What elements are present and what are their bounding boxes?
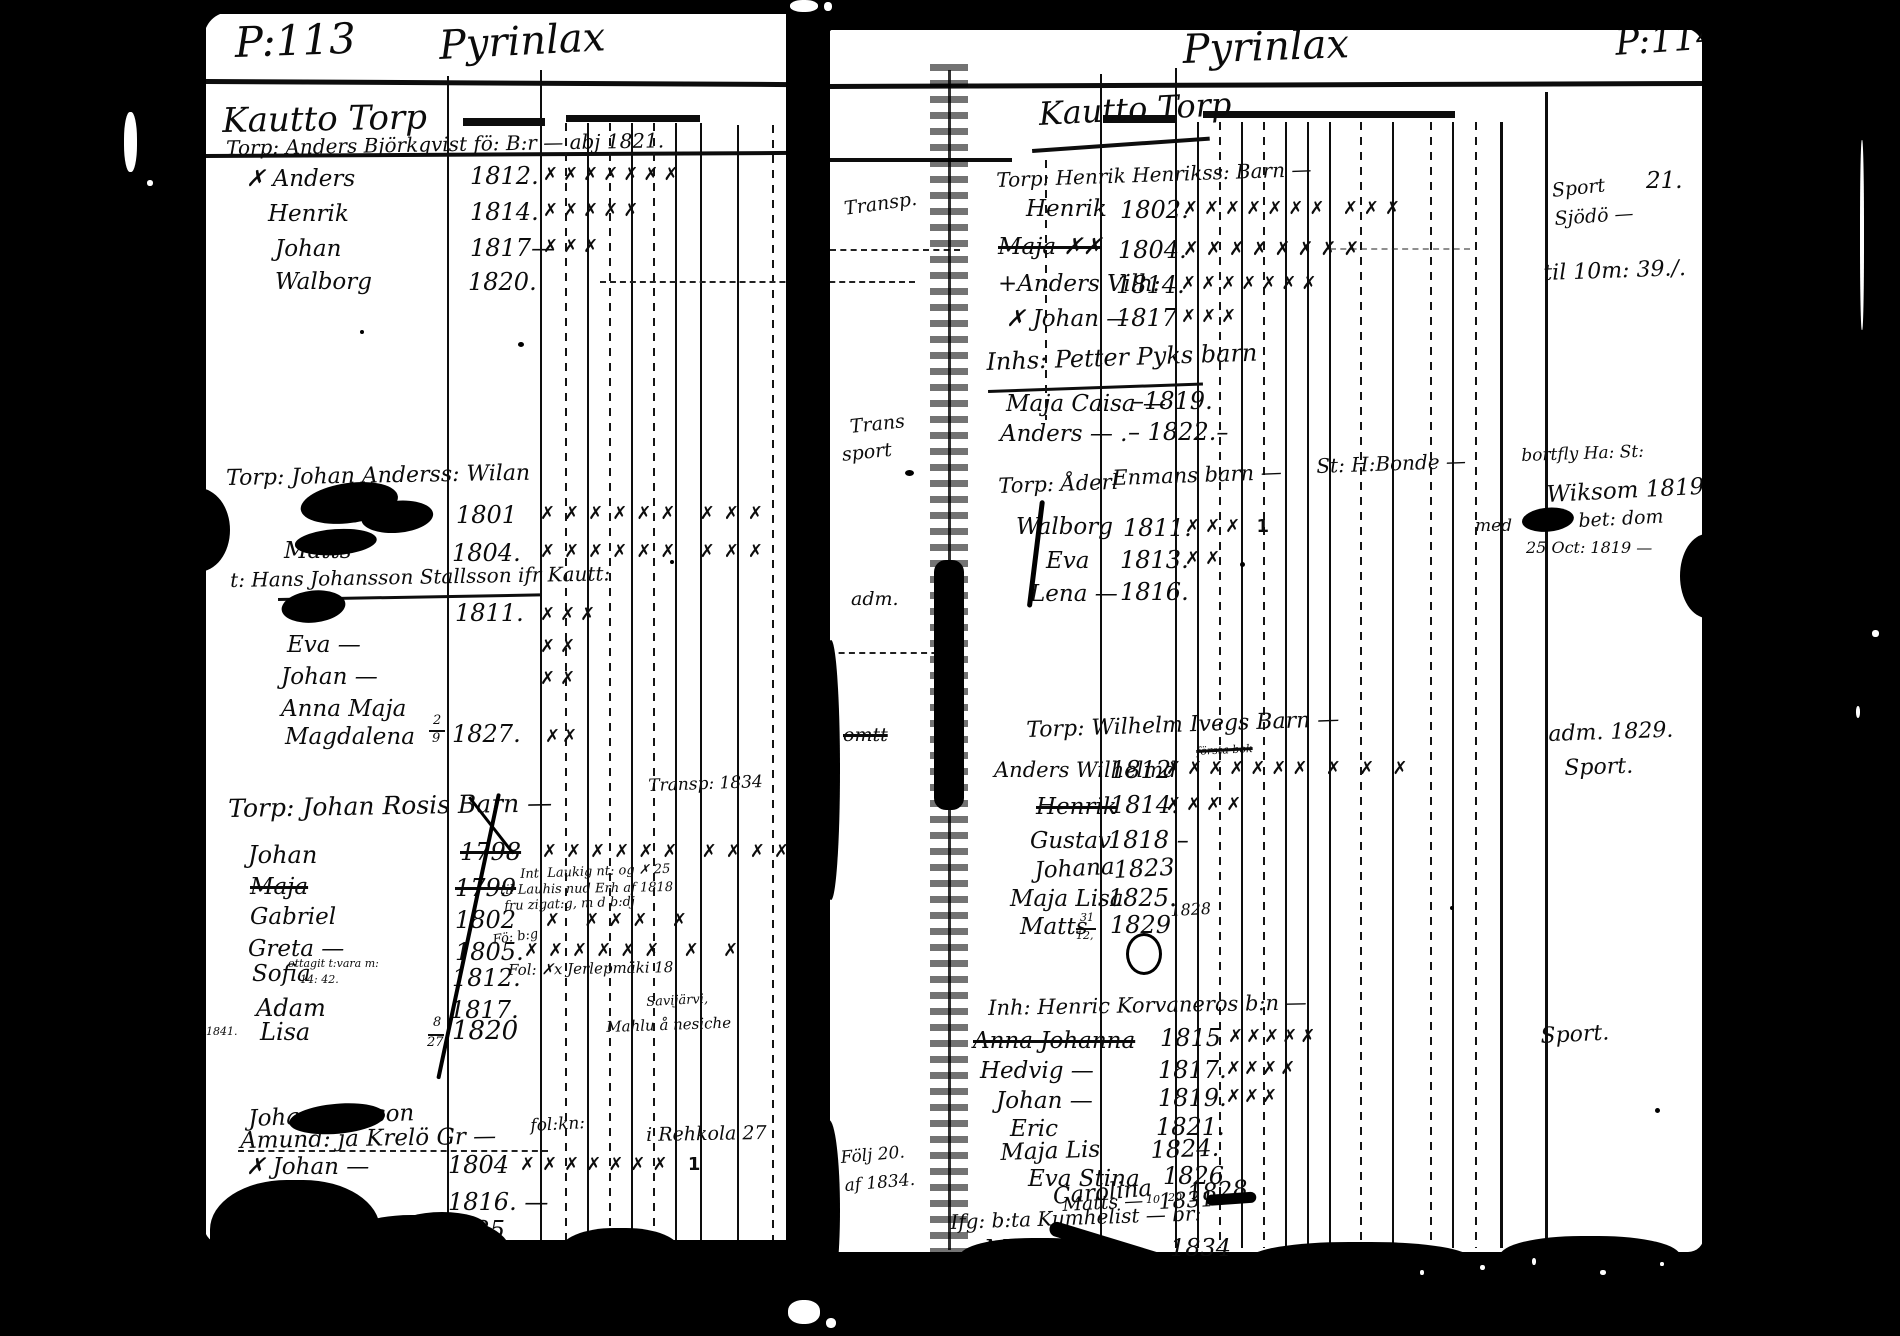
birth-year: 1824. xyxy=(1150,1136,1220,1162)
birth-year: 1802. xyxy=(1120,198,1189,222)
birth-year: 1804. xyxy=(1118,238,1187,262)
person-name: Maja ✗✗ xyxy=(998,236,1102,259)
title-rule xyxy=(830,158,1012,162)
person-name: Hedvig — xyxy=(980,1060,1094,1083)
date-fraction-bottom: 9 xyxy=(432,732,440,745)
birth-year: 1819. xyxy=(1158,1086,1227,1110)
margin-note: Sjödö — xyxy=(1554,204,1634,228)
film-notch xyxy=(166,488,230,572)
household-title-place: i Rehkola 27 xyxy=(646,1124,767,1145)
birth-year: 1811. xyxy=(1123,516,1192,540)
person-name: Anna Maja xyxy=(281,698,406,721)
birth-year: 1815 xyxy=(1160,1026,1221,1050)
person-name: Henrik xyxy=(268,203,349,226)
person-name: Eva — xyxy=(287,634,361,657)
person-name: Johan — xyxy=(281,666,378,689)
bracket-bar xyxy=(566,115,700,122)
date-fraction-top: 31 xyxy=(1080,912,1094,923)
grid-line-v xyxy=(1452,122,1454,1248)
film-edge-right xyxy=(1702,0,1900,1336)
communion-marks: ✗✗✗ xyxy=(1226,1088,1280,1106)
communion-marks: ✗✗ xyxy=(1185,550,1225,568)
film-blotch xyxy=(560,1228,680,1278)
birth-year: 1802 xyxy=(455,908,516,932)
interline-note: första bok xyxy=(1196,743,1253,757)
left-page xyxy=(204,12,792,1244)
communion-marks: ✗✗✗✗ xyxy=(1226,1060,1298,1078)
birth-year: 1814. xyxy=(1116,273,1185,297)
film-blotch xyxy=(960,1238,1120,1278)
grid-line-v xyxy=(587,123,589,1240)
birth-year: 1804 xyxy=(448,1153,509,1177)
person-name: Maja xyxy=(250,876,308,899)
film-mark xyxy=(788,1300,820,1324)
page-number: P:113 xyxy=(234,18,356,64)
person-name: Anna Johanna xyxy=(973,1030,1135,1053)
correction-year: 1828 xyxy=(1170,901,1212,919)
grid-line-v xyxy=(653,123,655,1240)
person-name: Lisa xyxy=(260,1020,310,1044)
person-name: Eva xyxy=(1046,550,1090,573)
communion-marks: ✗✗✗ 1 xyxy=(1185,518,1274,536)
person-name: ✗ Anders xyxy=(246,168,355,191)
communion-marks: ✗✗✗✗✗✗ ✗✗✗ xyxy=(540,505,772,523)
grid-line-v xyxy=(447,76,449,1240)
date-fraction-bottom: 27 xyxy=(427,1036,444,1049)
household-title: Kautto Torp xyxy=(1038,88,1232,130)
margin-note: adm. xyxy=(851,590,899,609)
date-fraction-top: 8 xyxy=(433,1016,441,1029)
communion-marks: ✗✗✗✗✗✗✗ xyxy=(543,166,684,184)
person-name: Gustav xyxy=(1030,830,1111,853)
communion-marks: ✗✗✗ xyxy=(1181,308,1241,326)
ink-speck xyxy=(1240,562,1245,567)
removal-note: Savijärvi, xyxy=(646,993,708,1009)
margin-year: 1841. xyxy=(206,1026,238,1037)
person-name: Magdalena xyxy=(285,726,415,749)
communion-marks: ✗✗✗✗ xyxy=(1166,796,1246,814)
communion-marks: ✗✗✗✗✗✗✗ ✗ ✗ ✗ xyxy=(1166,760,1414,778)
person-name: Sofia xyxy=(252,963,311,986)
birth-year: 1814. xyxy=(470,200,539,224)
film-mark xyxy=(1856,706,1860,718)
margin-note: til 10m: 39./. xyxy=(1543,258,1686,285)
gutter-streak xyxy=(948,70,951,1250)
person-name: Gabriel xyxy=(250,906,336,929)
margin-note: 25 Oct: 1819 — xyxy=(1526,540,1652,556)
film-mark xyxy=(1420,1270,1424,1275)
birth-year: 1813. xyxy=(1120,548,1189,572)
communion-marks: ✗✗✗✗✗ xyxy=(543,202,643,220)
grid-line-v xyxy=(772,125,774,1240)
film-mark xyxy=(790,0,818,12)
communion-marks: ✗ ✗✗✗ ✗ xyxy=(545,912,696,930)
ink-speck xyxy=(670,560,674,564)
person-name: Lena — xyxy=(1030,583,1118,606)
film-mark xyxy=(147,180,153,186)
film-mark xyxy=(1600,1270,1606,1275)
communion-marks: ✗✗✗ xyxy=(543,238,603,256)
grid-line-v xyxy=(1475,122,1477,1248)
film-mark xyxy=(1660,1262,1664,1266)
birth-year: 1812 xyxy=(1110,758,1171,782)
communion-marks: ✗✗ xyxy=(545,728,579,746)
household-title-note: fol:kn: xyxy=(530,1115,585,1135)
margin-note: Transp: 1834 xyxy=(648,774,763,795)
removal-note: Mahlu å nesiche xyxy=(606,1016,731,1035)
bracket-bar xyxy=(1203,111,1455,118)
place-name: Pyrinlax xyxy=(1182,24,1350,70)
film-mark xyxy=(1872,630,1879,637)
birth-year: 1812. xyxy=(470,164,539,188)
margin-note: 21. xyxy=(1646,170,1683,193)
household-title: St: H:Bonde — xyxy=(1316,451,1466,476)
film-blotch xyxy=(1500,1236,1680,1280)
gutter-shadow xyxy=(818,1120,840,1300)
grid-line-v xyxy=(675,123,677,1240)
film-mark xyxy=(124,112,137,172)
person-name: Adam xyxy=(256,996,326,1020)
margin-note: adm. 1829. xyxy=(1548,720,1674,746)
faint-rule xyxy=(600,281,915,283)
person-name: Johana xyxy=(1034,856,1115,883)
ink-speck xyxy=(360,330,364,334)
person-name: Walborg xyxy=(275,271,372,294)
birth-year: 1818 – xyxy=(1108,828,1189,852)
person-name: Johan xyxy=(275,238,341,261)
removal-note: til Lauhis nud Erh af 1818 xyxy=(500,881,673,897)
person-name: Johan xyxy=(248,843,317,867)
film-blotch xyxy=(1250,1242,1470,1278)
bracket-bar xyxy=(463,118,545,126)
birth-year: 1817. xyxy=(1158,1058,1227,1082)
birth-year: 1816. — xyxy=(448,1190,548,1214)
grid-line-v xyxy=(1329,122,1331,1248)
communion-marks: ✗✗✗✗✗ xyxy=(1228,1028,1318,1046)
household-title: Enmans barn — xyxy=(1112,462,1282,489)
birth-year: 1811. xyxy=(455,601,524,625)
grid-line-v xyxy=(1430,122,1432,1248)
margin-note: med xyxy=(1475,518,1512,535)
household-title: Amund: ja Krelö Gr — xyxy=(240,1126,496,1153)
person-name: Walborg xyxy=(1016,516,1113,539)
film-mark xyxy=(824,2,832,11)
person-name: Maja Lisa xyxy=(1010,888,1124,911)
birth-year: 1827. xyxy=(452,722,521,746)
ink-speck xyxy=(1450,906,1454,910)
grid-line-v xyxy=(631,123,633,1240)
grid-line-v xyxy=(737,125,739,1240)
margin-note: omtt xyxy=(843,726,888,745)
communion-marks: ✗✗ xyxy=(540,670,580,688)
grid-line-v xyxy=(1500,122,1503,1248)
margin-note: sport xyxy=(841,441,893,465)
place-name: Pyrinlax xyxy=(438,17,606,66)
margin-note: bortfly Ha: St: xyxy=(1521,444,1644,465)
birth-year: – 1822.– xyxy=(1128,420,1228,444)
person-name: Henrik xyxy=(1036,796,1117,819)
birth-year: 1816. xyxy=(1120,580,1189,604)
film-mark xyxy=(1480,1265,1485,1270)
birth-year: 1804. xyxy=(452,541,521,565)
person-name: Maja Lis xyxy=(1000,1139,1101,1165)
household-title: Torp: Åderl xyxy=(998,472,1119,497)
person-name: ✗ Johan — xyxy=(1006,308,1129,331)
film-notch xyxy=(1680,534,1734,618)
communion-marks: ✗✗✗✗✗✗✗ xyxy=(1181,275,1322,293)
film-mark xyxy=(1860,140,1864,330)
birth-year: 1820. xyxy=(468,270,537,294)
person-name: Anders — . xyxy=(1000,423,1128,446)
ink-speck xyxy=(518,342,524,347)
grid-line-v xyxy=(609,123,611,1240)
film-mark xyxy=(1532,1258,1536,1265)
grid-line-v xyxy=(1360,122,1362,1248)
birth-year: 1825. xyxy=(1108,886,1177,910)
communion-marks: ✗✗✗✗✗✗ ✗✗✗✗ xyxy=(542,843,798,861)
margin-note: bet: dom xyxy=(1578,508,1664,531)
grid-line-v xyxy=(1392,122,1394,1248)
birth-year: 1801 xyxy=(456,503,517,527)
date-fraction-top: 2 xyxy=(433,714,441,727)
household-subtitle: t: Hans Johansson Stallsson ifr Kautt: xyxy=(230,563,610,590)
communion-marks: ✗✗✗✗✗✗ ✗ ✗ xyxy=(524,942,747,960)
household-title: Inh: Henric Korvaneros b:n — xyxy=(988,992,1307,1019)
person-name: Johan — xyxy=(996,1090,1093,1113)
household-title: Torp: Johan Rosis Barn — xyxy=(228,790,552,821)
person-name: Henrik xyxy=(1026,198,1107,221)
communion-marks: ✗✗✗✗✗✗✗ 1 xyxy=(520,1156,707,1174)
margin-note: Sport. xyxy=(1540,1022,1610,1048)
communion-marks: ✗✗ xyxy=(540,638,580,656)
communion-marks: ✗✗✗ xyxy=(540,606,600,624)
communion-marks: ✗✗✗✗✗✗✗ ✗✗✗ xyxy=(1183,200,1406,218)
microfilm-scan: P:113 Pyrinlax Kautto Torp Torp: Anders … xyxy=(0,0,1900,1336)
removal-note: Fol: ✗x Jerlepmäki 18 xyxy=(508,960,674,978)
grid-line-v xyxy=(700,123,702,1240)
birth-year: 1823 xyxy=(1113,855,1175,882)
film-mark xyxy=(826,1318,836,1328)
gutter-shadow xyxy=(822,640,840,900)
date-fraction-bottom: 12, xyxy=(1076,930,1094,941)
communion-marks: ✗✗✗✗✗✗✗✗ xyxy=(1183,240,1366,259)
margin-note: Sport. xyxy=(1564,756,1633,780)
birth-year: 1820 xyxy=(452,1018,518,1044)
film-blotch xyxy=(330,1215,510,1295)
ink-speck xyxy=(1655,1108,1660,1113)
birth-year: –1819. xyxy=(1132,389,1213,413)
communion-marks: ✗✗✗✗✗✗ ✗✗✗ xyxy=(540,543,772,561)
person-name: ✗ Johan — xyxy=(246,1156,369,1179)
birth-year: 1817 xyxy=(1116,306,1177,330)
ink-speck xyxy=(905,470,914,476)
pen-flourish xyxy=(1126,933,1162,975)
film-edge-left xyxy=(0,0,206,1336)
